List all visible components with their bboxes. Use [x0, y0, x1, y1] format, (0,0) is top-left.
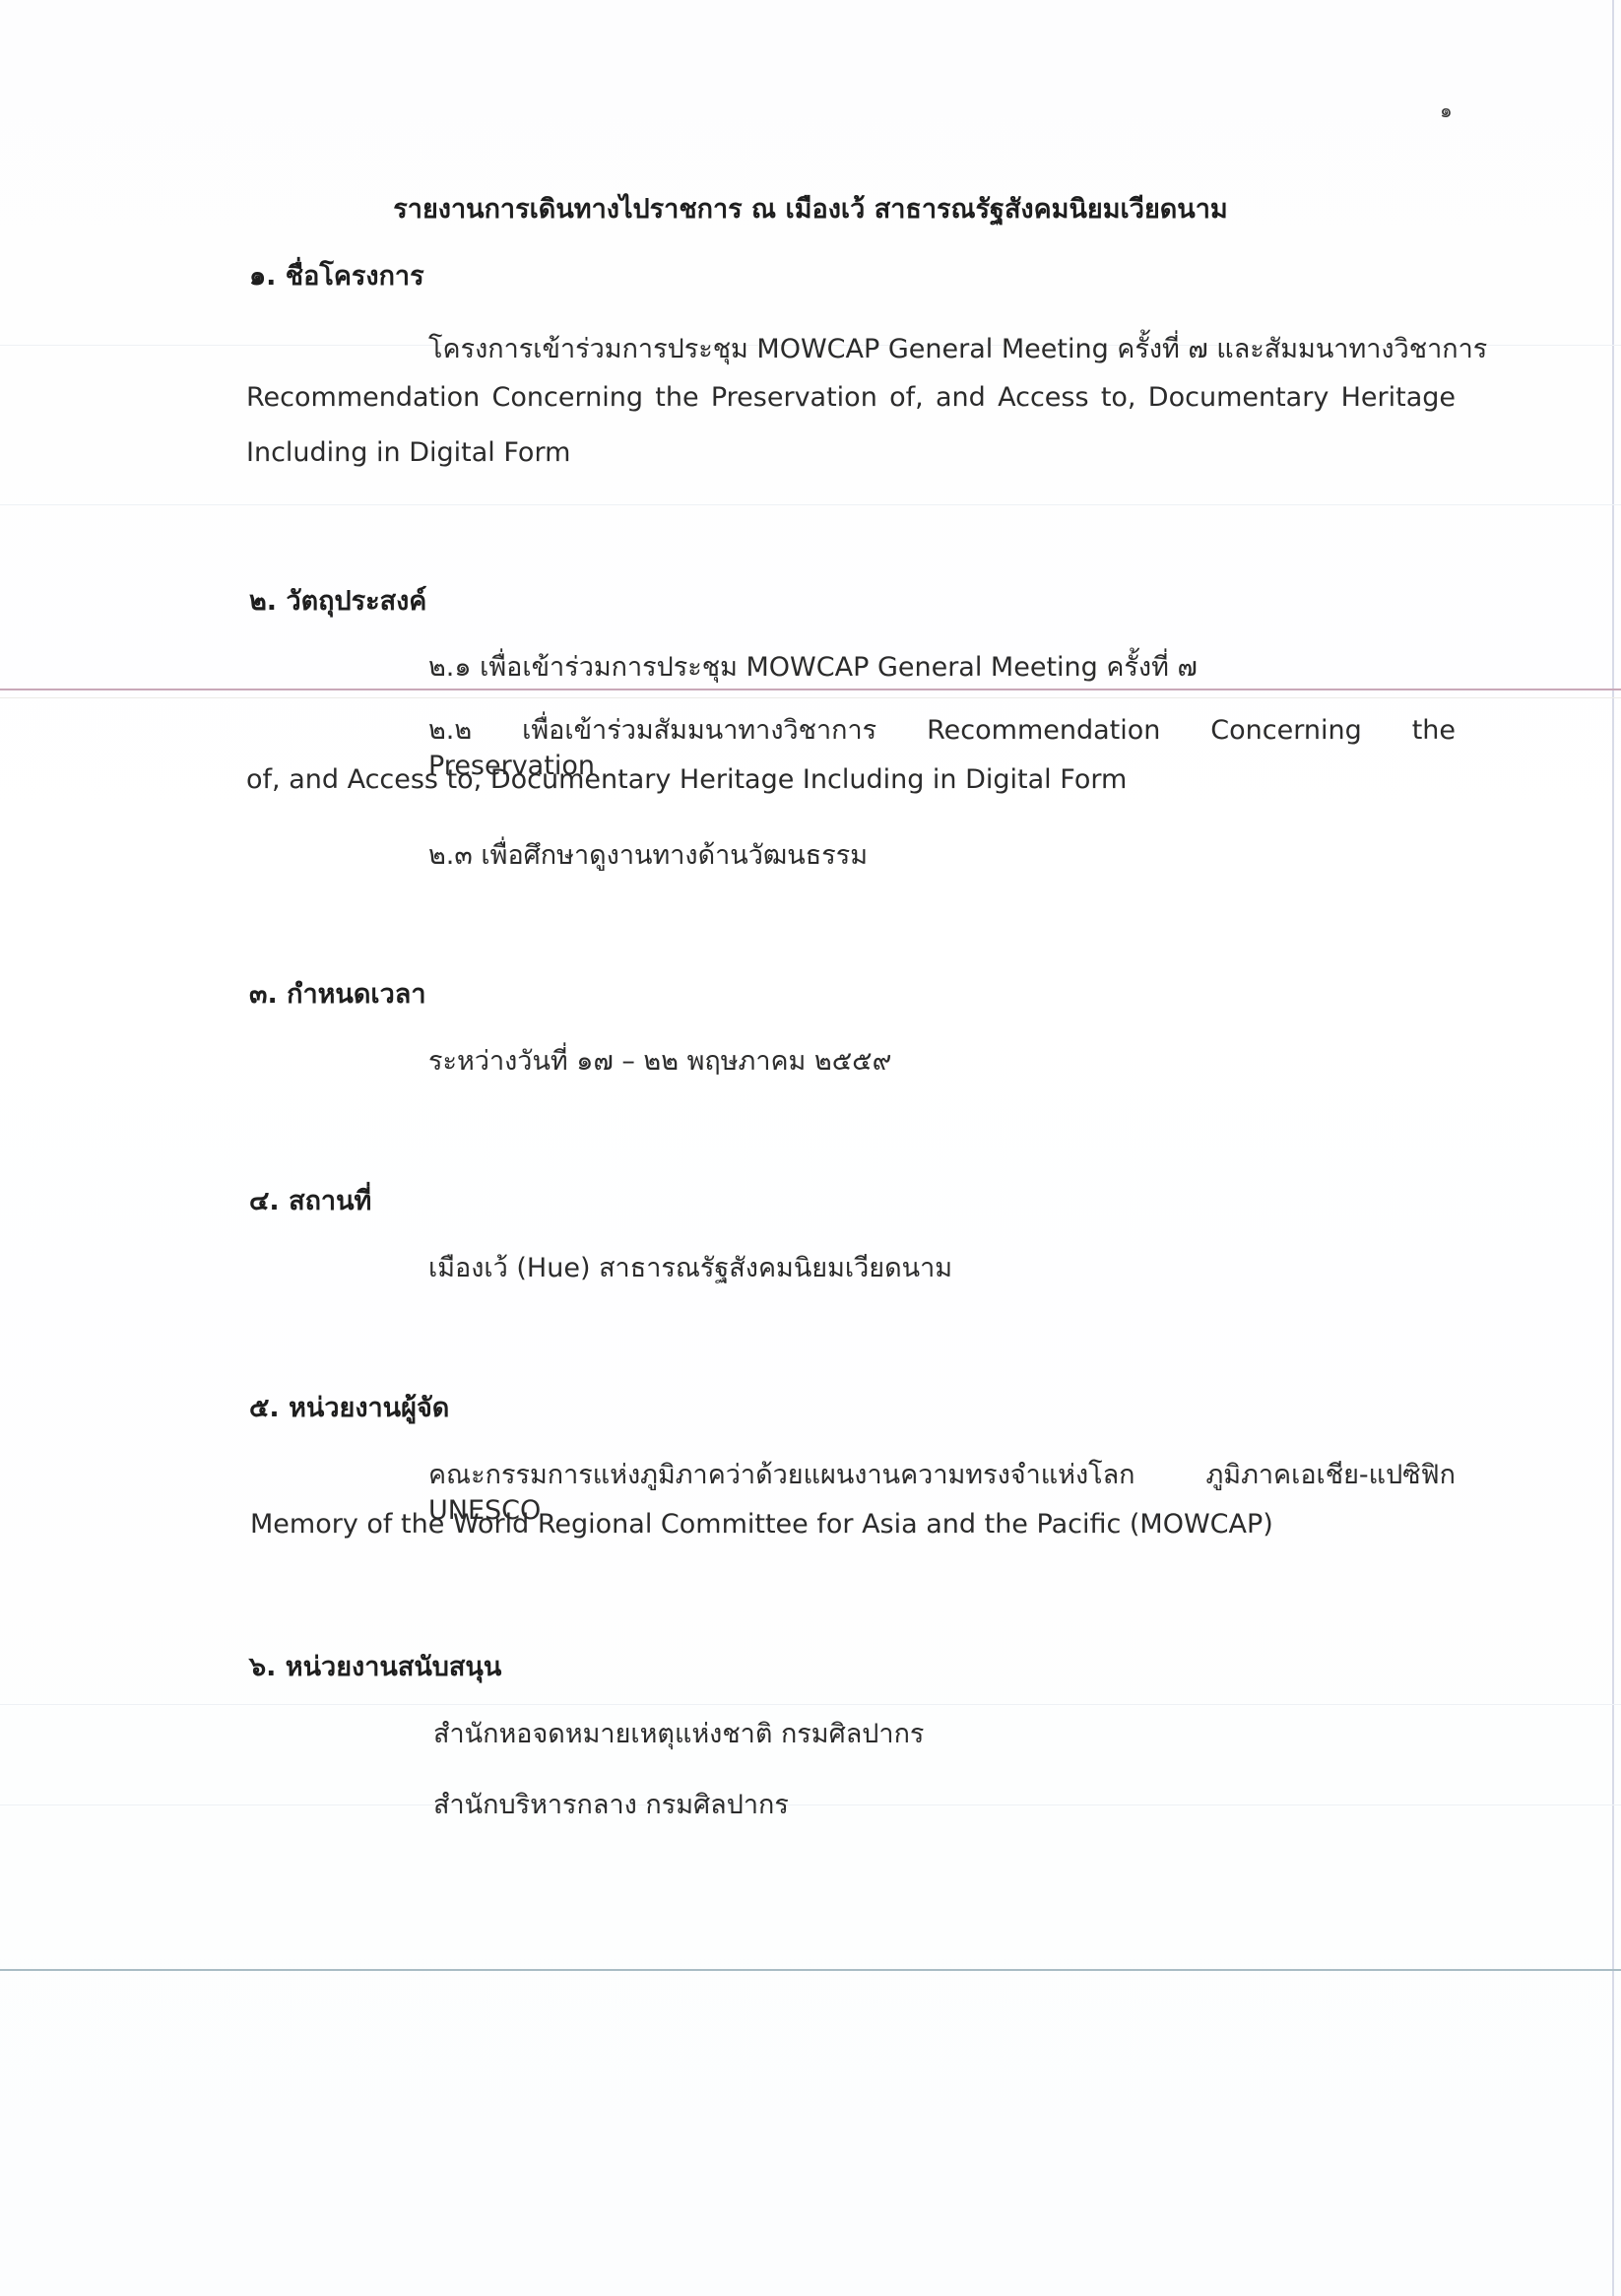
page-number: ๑ — [1440, 95, 1453, 126]
supporter-item: สำนักบริหารกลาง กรมศิลปากร — [433, 1783, 789, 1825]
objective-item: ๒.๑ เพื่อเข้าร่วมการประชุม MOWCAP Genera… — [428, 645, 1198, 688]
schedule-text: ระหว่างวันที่ ๑๗ – ๒๒ พฤษภาคม ๒๕๕๙ — [428, 1039, 891, 1082]
section-heading-organizer: ๕. หน่วยงานผู้จัด — [249, 1386, 449, 1428]
scan-artifact-line — [0, 504, 1621, 505]
objective-item: ๒.๓ เพื่อศึกษาดูงานทางด้านวัฒนธรรม — [428, 833, 868, 876]
organizer-text-continued: Memory of the World Regional Committee f… — [250, 1509, 1273, 1540]
paragraph-text: โครงการเข้าร่วมการประชุม MOWCAP General … — [428, 327, 1487, 369]
scan-artifact-line — [0, 1969, 1621, 1971]
supporter-item: สำนักหอจดหมายเหตุแห่งชาติ กรมศิลปากร — [433, 1712, 924, 1754]
paragraph-line: โครงการเข้าร่วมการประชุม MOWCAP General … — [428, 327, 1456, 369]
scan-artifact-line — [0, 1704, 1621, 1705]
paragraph-line: Recommendation Concerning the Preservati… — [246, 382, 1456, 413]
objective-item-continued: of, and Access to, Documentary Heritage … — [246, 764, 1127, 795]
section-heading-supporters: ๖. หน่วยงานสนับสนุน — [249, 1645, 501, 1687]
section-heading-schedule: ๓. กำหนดเวลา — [249, 972, 426, 1015]
paragraph-line: Including in Digital Form — [246, 437, 570, 468]
scan-artifact-line — [0, 1804, 1621, 1805]
scan-artifact-line — [0, 689, 1621, 690]
section-heading-location: ๔. สถานที่ — [249, 1179, 371, 1221]
section-heading-objectives: ๒. วัตถุประสงค์ — [249, 579, 426, 622]
section-heading-project-name: ๑. ชื่อโครงการ — [249, 254, 424, 296]
scan-artifact-line — [0, 697, 1621, 698]
location-text: เมืองเว้ (Hue) สาธารณรัฐสังคมนิยมเวียดนา… — [428, 1246, 952, 1288]
document-title: รายงานการเดินทางไปราชการ ณ เมืองเว้ สาธา… — [0, 187, 1621, 230]
